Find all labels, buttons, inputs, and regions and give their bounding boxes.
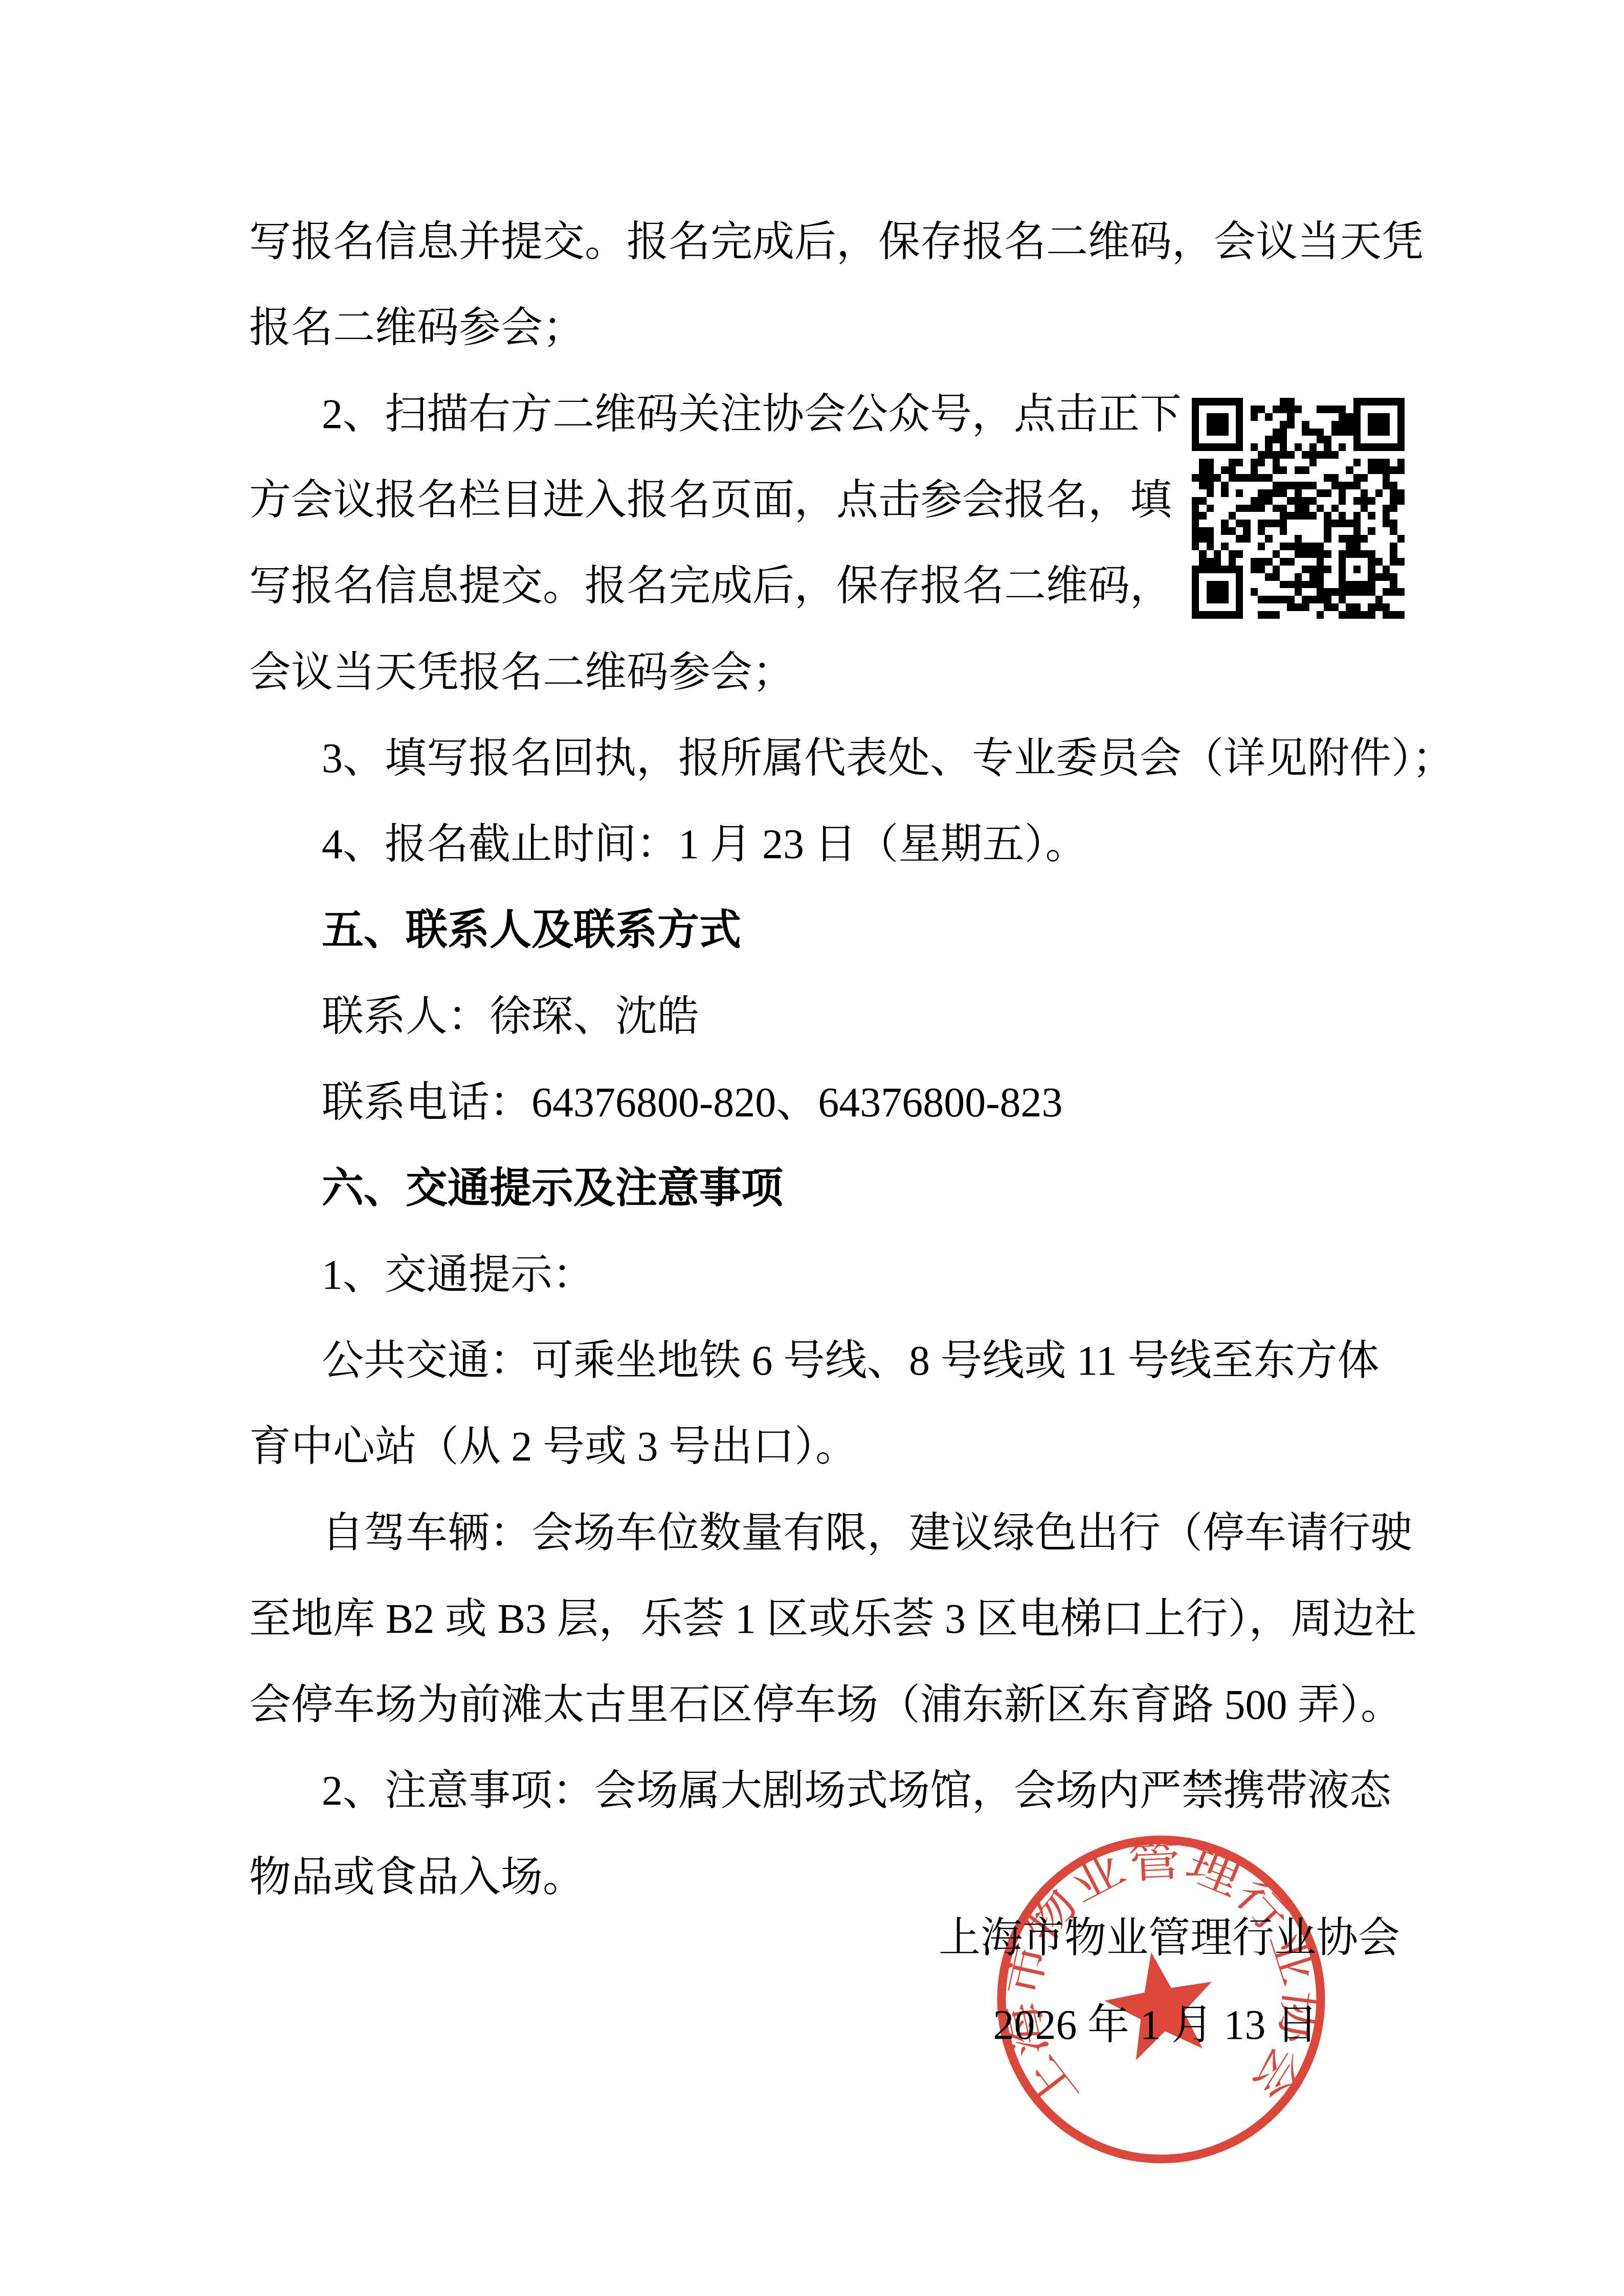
body-line: 联系电话：64376800-820、64376800-823 <box>249 1060 1498 1145</box>
document-page: 写报名信息并提交。报名完成后，保存报名二维码，会议当天凭报名二维码参会；2、扫描… <box>0 0 1624 2296</box>
body-line: 会停车场为前滩太古里石区停车场（浦东新区东育路 500 弄）。 <box>249 1662 1426 1748</box>
qr-code <box>1192 398 1405 619</box>
body-line: 3、填写报名回执，报所属代表处、专业委员会（详见附件）； <box>249 715 1498 801</box>
body-line: 公共交通：可乘坐地铁 6 号线、8 号线或 11 号线至东方体 <box>249 1318 1498 1404</box>
body-line: 2、注意事项：会场属大剧场式场馆，会场内严禁携带液态 <box>249 1748 1498 1834</box>
body-line: 至地库 B2 或 B3 层，乐荟 1 区或乐荟 3 区电梯口上行），周边社 <box>249 1576 1426 1662</box>
body-line: 报名二维码参会； <box>249 285 1426 371</box>
body-line: 1、交通提示： <box>249 1232 1498 1318</box>
body-line: 写报名信息并提交。报名完成后，保存报名二维码，会议当天凭 <box>249 199 1426 285</box>
body-line: 五、联系人及联系方式 <box>249 887 1498 973</box>
body-line: 育中心站（从 2 号或 3 号出口）。 <box>249 1404 1426 1490</box>
body-line: 联系人：徐琛、沈皓 <box>249 974 1498 1060</box>
signature-date: 2026 年 1 月 13 日 <box>993 1982 1319 2068</box>
body-line: 会议当天凭报名二维码参会； <box>249 629 1426 715</box>
body-line: 4、报名截止时间：1 月 23 日（星期五）。 <box>249 801 1498 887</box>
body-line: 六、交通提示及注意事项 <box>249 1145 1498 1231</box>
signature-org: 上海市物业管理行业协会 <box>939 1895 1400 1981</box>
body-line: 自驾车辆：会场车位数量有限，建议绿色出行（停车请行驶 <box>249 1490 1498 1576</box>
